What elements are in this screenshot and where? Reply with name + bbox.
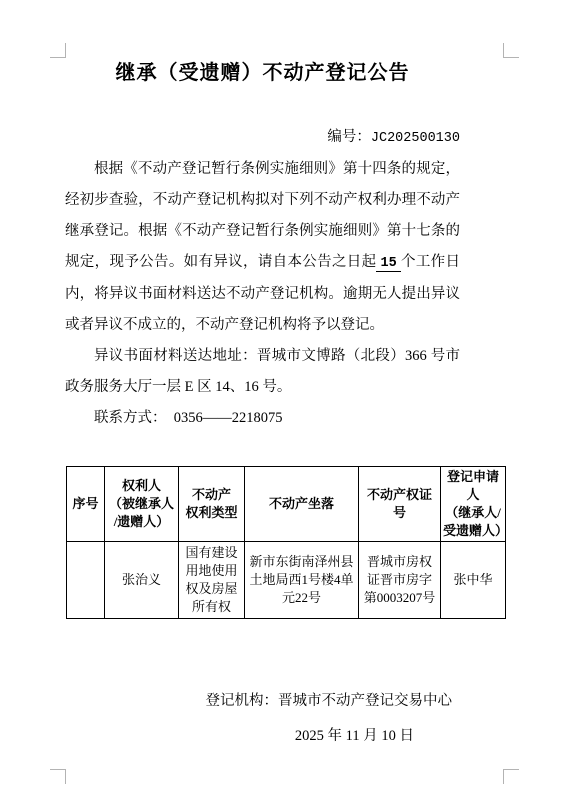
table-header-row: 序号 权利人 （被继承人 /遗赠人） 不动产 权利类型 不动产坐落 不动产权证号… [67, 467, 506, 542]
page-title: 继承（受遗赠）不动产登记公告 [65, 61, 460, 86]
objection-days-value: 15 [376, 256, 400, 272]
header-holder: 权利人 （被继承人 /遗赠人） [105, 467, 179, 542]
registration-table: 序号 权利人 （被继承人 /遗赠人） 不动产 权利类型 不动产坐落 不动产权证号… [66, 466, 506, 619]
document-page: 继承（受遗赠）不动产登记公告 编号：JC202500130 根据《不动产登记暂行… [0, 0, 571, 803]
doc-number-label: 编号： [327, 129, 371, 145]
paragraph-announcement: 根据《不动产登记暂行条例实施细则》第十四条的规定，经初步查验，不动产登记机构拟对… [65, 154, 460, 341]
page-margin-mark-top-left [50, 43, 66, 58]
table-row: 张治义 国有建设 用地使用 权及房屋 所有权 新市东街南泽州县 土地局西1号楼4… [67, 542, 506, 619]
paragraph-contact: 联系方式： 0356——2218075 [65, 403, 460, 434]
contact-phone-value: 0356——2218075 [174, 410, 283, 426]
header-cert-no: 不动产权证号 [359, 467, 441, 542]
doc-number-line: 编号：JC202500130 [65, 122, 460, 154]
cell-holder: 张治义 [105, 542, 179, 619]
cell-applicant: 张中华 [441, 542, 506, 619]
footer-registration-org: 登记机构：晋城市不动产登记交易中心 [65, 686, 460, 717]
page-margin-mark-bottom-right [503, 769, 519, 784]
header-location: 不动产坐落 [245, 467, 359, 542]
page-margin-mark-top-right [503, 43, 519, 58]
footer-date: 2025 年 11 月 10 日 [65, 721, 460, 752]
cell-location: 新市东街南泽州县 土地局西1号楼4单 元22号 [245, 542, 359, 619]
header-seq: 序号 [67, 467, 105, 542]
paragraph-delivery-address: 异议书面材料送达地址：晋城市文博路（北段）366 号市政务服务大厅一层 E 区 … [65, 341, 460, 403]
doc-number-value: JC202500130 [371, 131, 460, 146]
header-right-type: 不动产 权利类型 [179, 467, 245, 542]
document-body: 继承（受遗赠）不动产登记公告 编号：JC202500130 根据《不动产登记暂行… [65, 0, 460, 434]
page-margin-mark-bottom-left [50, 769, 66, 784]
cell-right-type: 国有建设 用地使用 权及房屋 所有权 [179, 542, 245, 619]
header-applicant: 登记申请人 （继承人/ 受遗赠人） [441, 467, 506, 542]
cell-cert-no: 晋城市房权 证晋市房字 第0003207号 [359, 542, 441, 619]
contact-label: 联系方式： [94, 410, 167, 426]
cell-seq [67, 542, 105, 619]
